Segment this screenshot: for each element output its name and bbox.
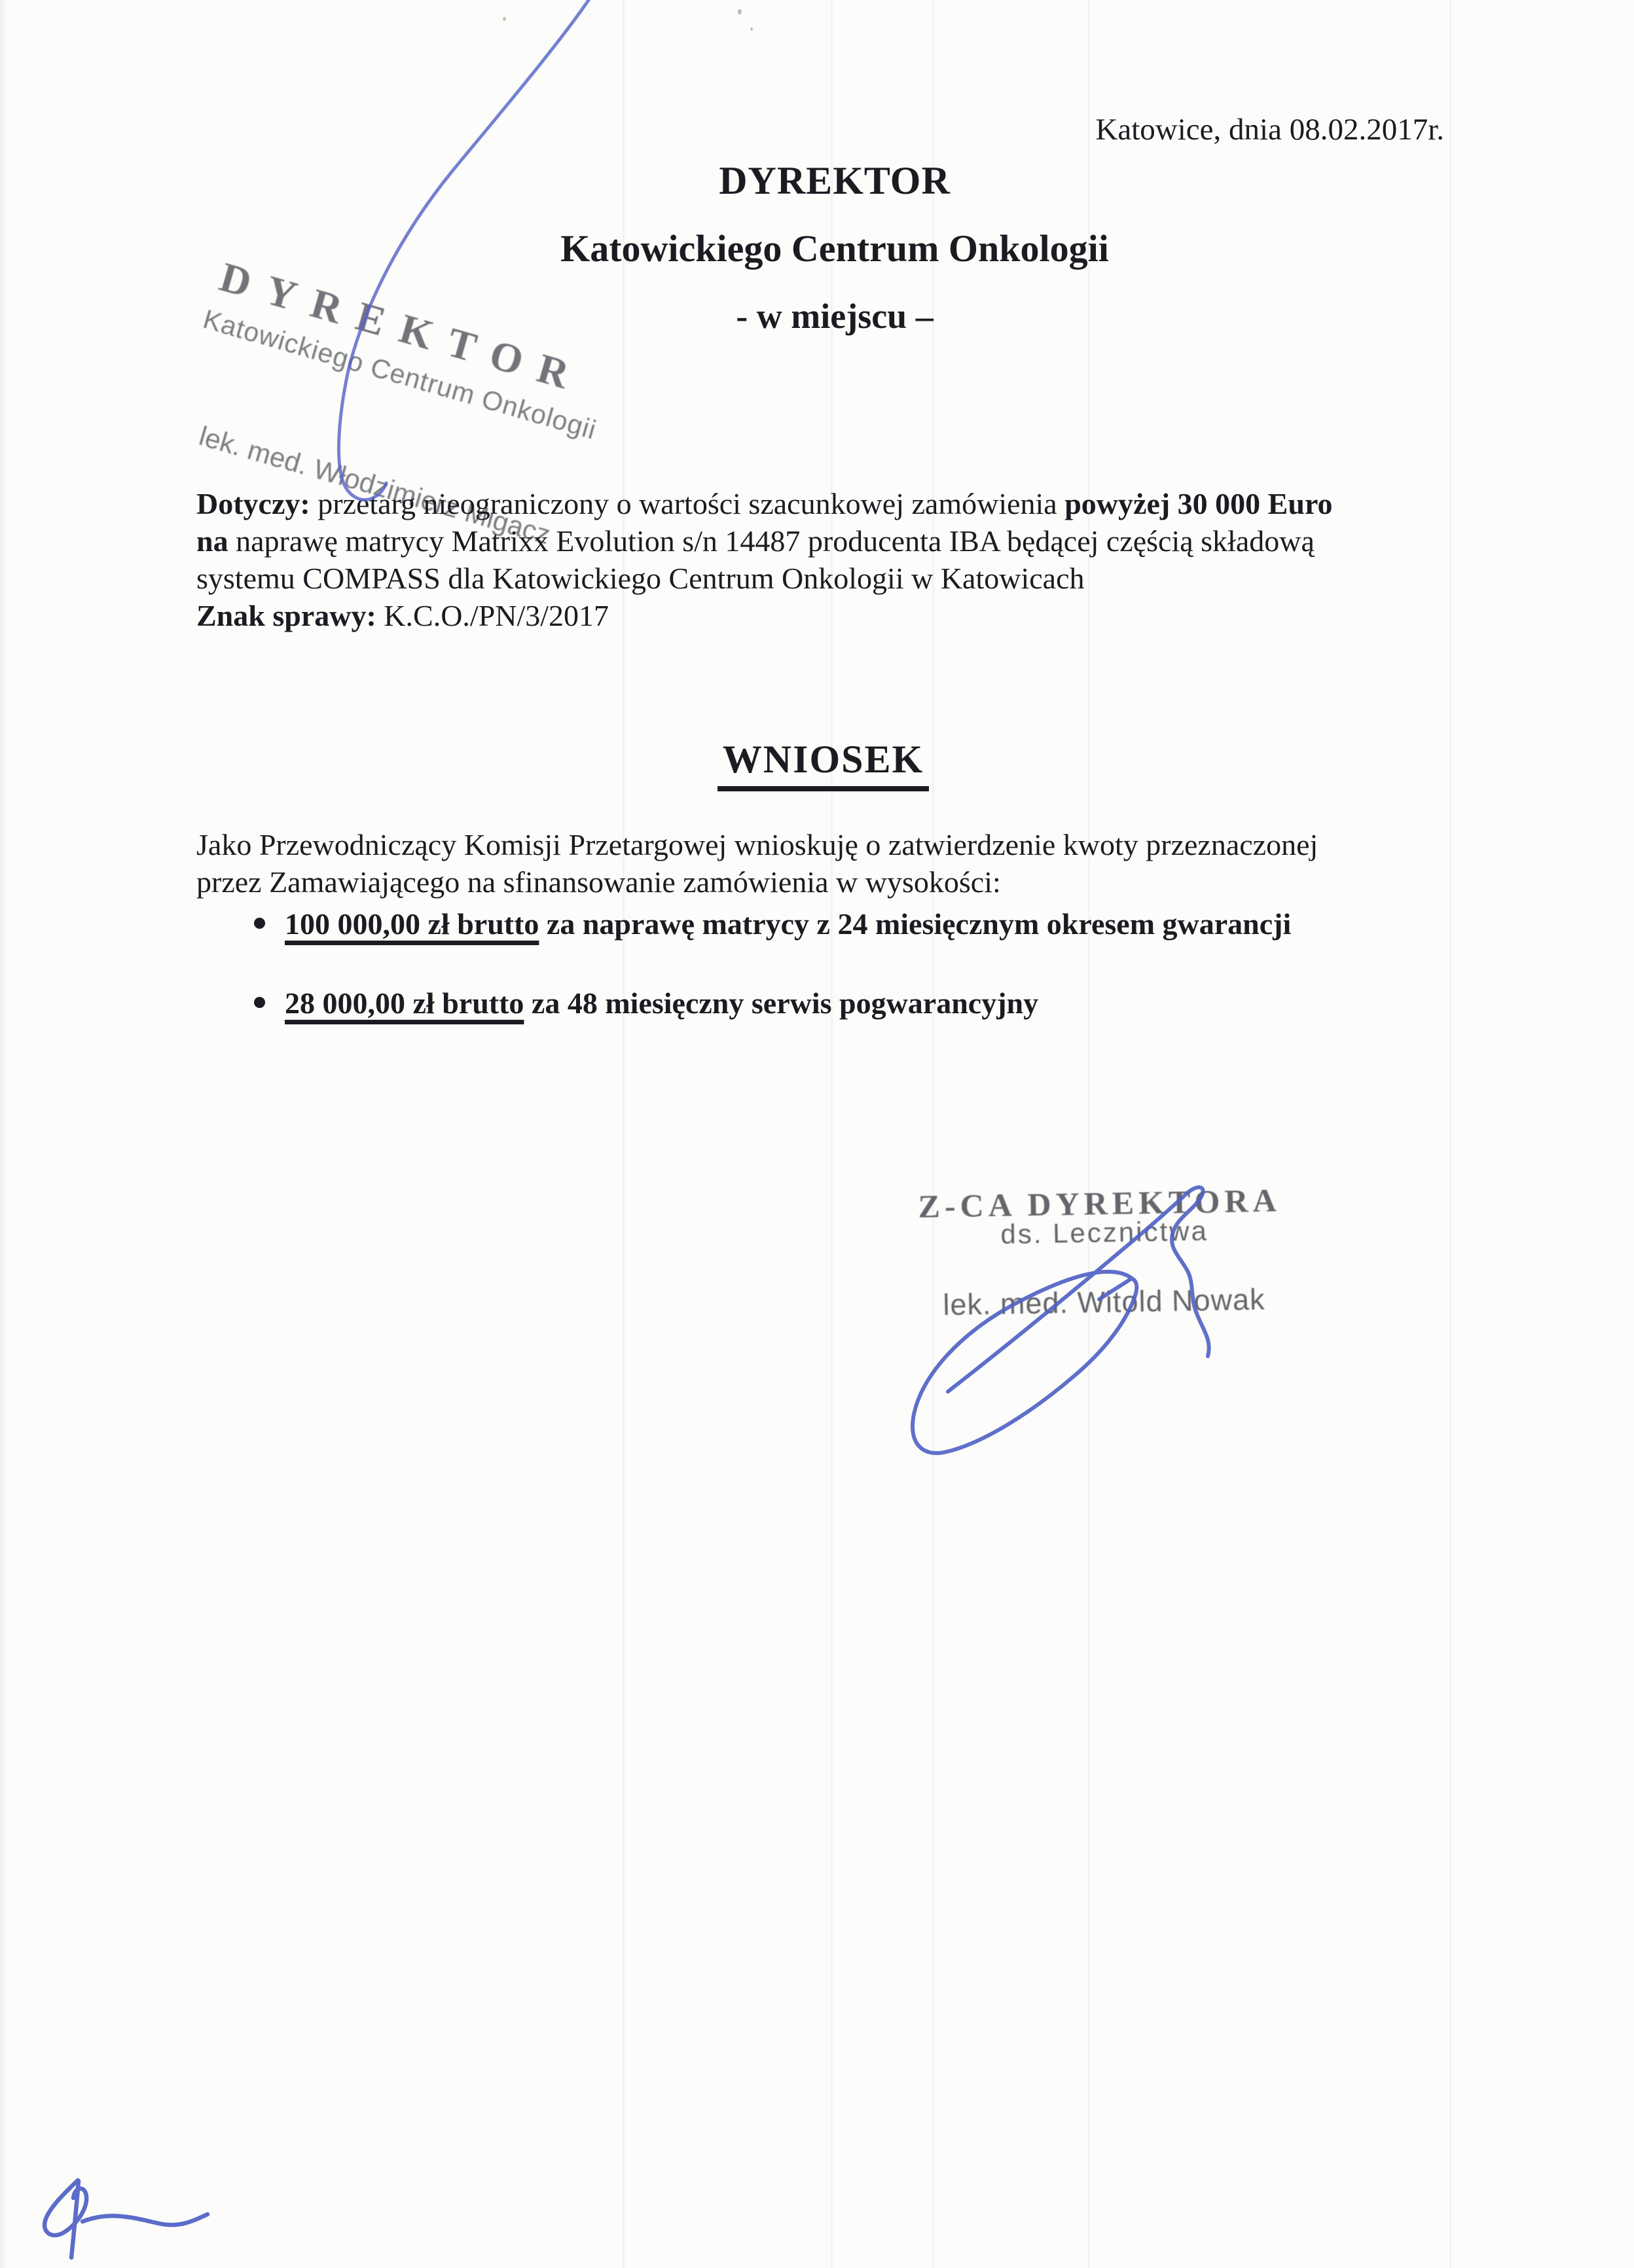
scan-speck bbox=[503, 17, 506, 21]
letter-title: DYREKTOR bbox=[216, 158, 1453, 204]
scan-artifact-line bbox=[1088, 0, 1090, 2268]
subject-line-1: Dotyczy: przetarg nieograniczony o warto… bbox=[196, 485, 1450, 522]
scan-left-edge-shading bbox=[0, 0, 7, 2268]
subject-line-1-text: przetarg nieograniczony o wartości szacu… bbox=[318, 487, 1057, 520]
subject-line-4: Znak sprawy: K.C.O./PN/3/2017 bbox=[196, 597, 1450, 634]
scan-artifact-line bbox=[831, 0, 833, 2268]
date-line: Katowice, dnia 08.02.2017r. bbox=[1095, 111, 1444, 148]
scan-speck bbox=[750, 27, 753, 31]
deputy-stamp-name: lek. med. Witold Nowak bbox=[943, 1282, 1265, 1322]
scan-speck bbox=[738, 9, 742, 14]
deputy-stamp-department: ds. Lecznictwa bbox=[1000, 1215, 1208, 1250]
bullet-text: 100 000,00 zł brutto za naprawę matrycy … bbox=[285, 906, 1291, 943]
subject-line-3: systemu COMPASS dla Katowickiego Centrum… bbox=[196, 560, 1450, 597]
bullet-description: za naprawę matrycy z 24 miesięcznym okre… bbox=[547, 907, 1291, 941]
motion-heading: WNIOSEK bbox=[717, 737, 929, 791]
bullet-item: 28 000,00 zł brutto za 48 miesięczny ser… bbox=[254, 985, 1432, 1022]
motion-line-1: Jako Przewodniczący Komisji Przetargowej… bbox=[196, 826, 1450, 863]
scanned-letter-page: { "date_line": "Katowice, dnia 08.02.201… bbox=[0, 0, 1634, 2268]
scan-artifact-line bbox=[932, 0, 934, 2268]
scan-artifact-line bbox=[1449, 0, 1451, 2268]
case-number-label: Znak sprawy: bbox=[196, 599, 376, 632]
subject-line-3-text: systemu COMPASS dla Katowickiego Centrum… bbox=[196, 562, 1084, 595]
subject-line-2-text: naprawę matrycy Matrixx Evolution s/n 14… bbox=[236, 524, 1315, 558]
letter-organization: Katowickiego Centrum Onkologii bbox=[216, 226, 1453, 270]
subject-paragraph: Dotyczy: przetarg nieograniczony o warto… bbox=[196, 485, 1450, 634]
initials-signature bbox=[45, 2180, 208, 2258]
case-number: K.C.O./PN/3/2017 bbox=[384, 599, 609, 632]
bullet-amount: 100 000,00 zł brutto bbox=[285, 907, 539, 941]
bullet-icon bbox=[254, 997, 265, 1008]
motion-paragraph: Jako Przewodniczący Komisji Przetargowej… bbox=[196, 826, 1450, 901]
bullet-item: 100 000,00 zł brutto za naprawę matrycy … bbox=[254, 906, 1432, 943]
bullet-description: za 48 miesięczny serwis pogwarancyjny bbox=[532, 986, 1038, 1020]
motion-heading-wrap: WNIOSEK bbox=[196, 737, 1450, 791]
subject-line-2-bold: na bbox=[196, 524, 228, 558]
bullet-text: 28 000,00 zł brutto za 48 miesięczny ser… bbox=[285, 985, 1038, 1022]
bullet-icon bbox=[254, 918, 265, 929]
bullet-amount: 28 000,00 zł brutto bbox=[285, 986, 524, 1020]
subject-label: Dotyczy: bbox=[196, 487, 310, 520]
subject-line-1-bold: powyżej 30 000 Euro bbox=[1064, 487, 1332, 520]
motion-line-2: przez Zamawiającego na sfinansowanie zam… bbox=[196, 863, 1450, 901]
subject-line-2: na naprawę matrycy Matrixx Evolution s/n… bbox=[196, 522, 1450, 560]
scan-artifact-line bbox=[623, 0, 625, 2268]
